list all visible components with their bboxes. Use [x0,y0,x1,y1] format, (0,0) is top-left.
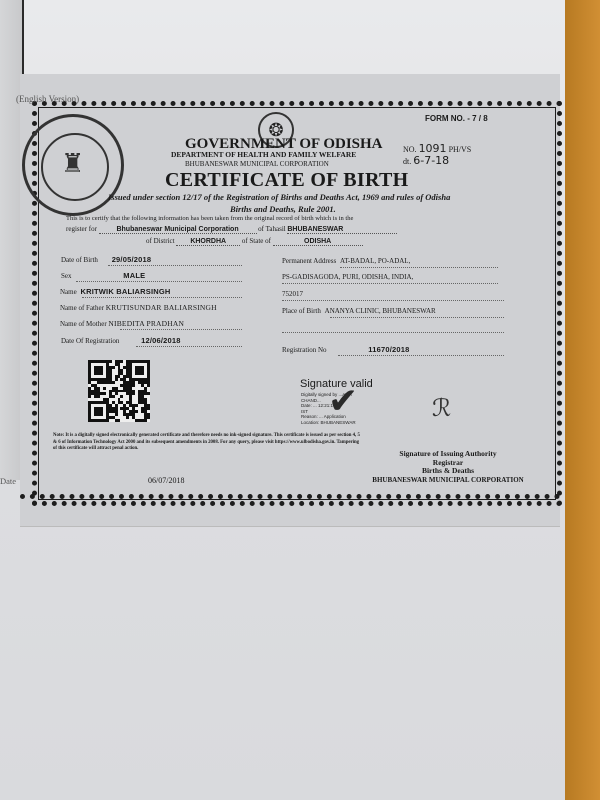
field-label: Name of Father [60,304,104,312]
field-mother-name: Name of Mother NIBEDITA PRADHAN [60,319,184,328]
register-for-value: Bhubaneswar Municipal Corporation [116,226,238,233]
field-father-name: Name of Father KRUTISUNDAR BALIARSINGH [60,303,217,312]
underline [76,281,242,282]
digital-certificate-note: Note: It is a digitally signed electroni… [53,433,363,453]
corporation-heading: BHUBANESWAR MUNICIPAL CORPORATION [185,160,329,168]
issue-date-label: Date [0,476,16,486]
district-line: of District KHORDHA of State of ODISHA [146,237,363,246]
field-label: Permanent Address [282,257,336,265]
field-name: Name KRITWIK BALIARSINGH [60,287,171,296]
issue-date-value: 06/07/2018 [148,476,184,485]
district-value: KHORDHA [190,238,226,245]
register-for-label: register for [66,225,97,233]
field-value: 11670/2018 [368,345,409,354]
department-heading: DEPARTMENT OF HEALTH AND FAMILY WELFARE [171,150,356,159]
state-label: of State of [242,237,271,245]
certificate-title: CERTIFICATE OF BIRTH [165,169,409,192]
underline [282,332,504,333]
field-value: 29/05/2018 [112,255,152,264]
field-label: Registration No [282,346,327,354]
address-line-2: PS-GADISAGODA, PURI, ODISHA, INDIA, [282,273,413,281]
desk-surface [565,0,600,800]
version-label: (English Version) [16,94,79,104]
tahasil-value: BHUBANESWAR [287,226,343,233]
address-line-1: AT-BADAL, PO-ADAL, [340,257,410,265]
register-line: register for Bhubaneswar Municipal Corpo… [66,225,397,234]
checkmark-icon: ✔ [328,381,358,422]
state-value: ODISHA [304,238,331,245]
field-sex: Sex MALE [61,271,145,280]
form-number: FORM NO. - 7 / 8 [425,114,488,123]
decorative-border-bottom [20,494,560,505]
field-label: Place of Birth [282,307,321,315]
field-label: Date Of Registration [61,337,119,345]
authority-line: BHUBANESWAR MUNICIPAL CORPORATION [342,476,554,485]
underline [282,283,498,284]
reference-date: dt. 6-7-18 [403,154,449,167]
field-value: 12/06/2018 [141,336,181,345]
tahasil-label: of Tahasil [258,225,286,233]
underline [330,317,504,318]
underline [338,355,504,356]
underline [82,297,242,298]
underline [136,346,242,347]
field-label: Date of Birth [61,256,98,264]
birth-certificate: (English Version) ♜ ❂ FORM NO. - 7 / 8 N… [20,74,560,526]
ref-dt-label: dt. [403,157,411,166]
issuing-authority: Signature of Issuing Authority Registrar… [342,450,554,484]
act-reference-line2: Births and Deaths, Rule 2001. [230,204,336,214]
authority-line: Births & Deaths [342,467,554,476]
certify-statement: This is to certify that the following in… [66,215,353,222]
ref-no-label: NO. [403,145,417,154]
underline [120,329,242,330]
field-label: Name of Mother [60,320,107,328]
field-place-of-birth: Place of Birth ANANYA CLINIC, BHUBANESWA… [282,307,436,315]
field-label: Name [60,288,77,296]
field-label: Sex [61,272,72,280]
field-date-of-birth: Date of Birth 29/05/2018 [61,255,151,264]
field-registration-no: Registration No 11670/2018 [282,345,410,354]
field-value: KRITWIK BALIARSINGH [80,287,170,296]
underline [108,265,242,266]
district-label: of District [146,237,175,245]
handwritten-signature-icon: ℛ [432,394,451,422]
field-value: ANANYA CLINIC, BHUBANESWAR [325,307,436,315]
field-date-of-registration: Date Of Registration 12/06/2018 [61,336,181,345]
verification-qr-code [88,360,150,422]
field-value: KRUTISUNDAR BALIARSINGH [106,303,217,312]
underline [282,300,504,301]
underline [340,267,498,268]
ref-no-suffix: PH/VS [449,145,472,154]
ref-dt-handwritten: 6-7-18 [413,154,449,167]
act-reference-line1: Issued under section 12/17 of the Regist… [108,192,450,202]
ashoka-emblem-icon: ♜ [61,149,84,179]
field-permanent-address: Permanent Address AT-BADAL, PO-ADAL, [282,257,410,265]
field-value: NIBEDITA PRADHAN [108,319,184,328]
field-value: MALE [123,271,145,280]
address-line-3: 752017 [282,290,303,298]
